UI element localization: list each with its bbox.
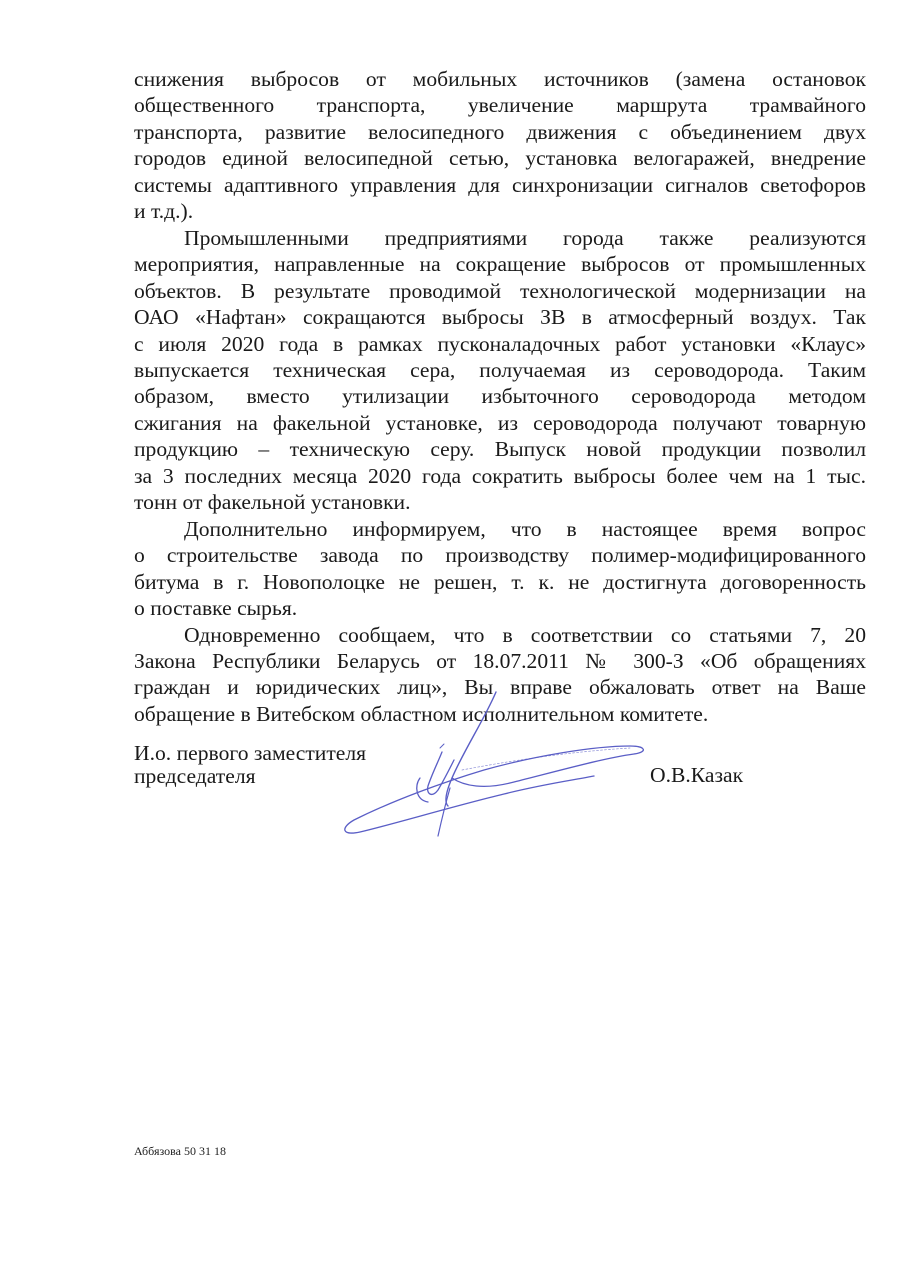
signatory-title-line-2: председателя — [134, 765, 366, 788]
text-line: Одновременно сообщаем, что в соответстви… — [134, 622, 866, 648]
text-line: городов единой велосипедной сетью, устан… — [134, 145, 866, 171]
text-line: Промышленными предприятиями города также… — [134, 225, 866, 251]
text-line: системы адаптивного управления для синхр… — [134, 172, 866, 198]
text-line: сжигания на факельной установке, из серо… — [134, 410, 866, 436]
signature-block: И.о. первого заместителя председателя О.… — [134, 742, 866, 862]
text-line: образом, вместо утилизации избыточного с… — [134, 383, 866, 409]
text-line: битума в г. Новополоцке не решен, т. к. … — [134, 569, 866, 595]
paragraph-transport-measures: снижения выбросов от мобильных источнико… — [134, 66, 866, 225]
handwritten-signature-icon — [334, 690, 664, 850]
text-line: о строительстве завода по производству п… — [134, 542, 866, 568]
letter-body: снижения выбросов от мобильных источнико… — [134, 66, 866, 727]
text-line: выпускается техническая сера, получаемая… — [134, 357, 866, 383]
text-line: Дополнительно информируем, что в настоящ… — [134, 516, 866, 542]
text-line: тонн от факельной установки. — [134, 489, 866, 515]
text-line: продукцию – техническую серу. Выпуск нов… — [134, 436, 866, 462]
paragraph-industrial-measures: Промышленными предприятиями города также… — [134, 225, 866, 516]
text-line: и т.д.). — [134, 198, 866, 224]
text-line: Закона Республики Беларусь от 18.07.2011… — [134, 648, 866, 674]
text-line: мероприятия, направленные на сокращение … — [134, 251, 866, 277]
executor-contact-note: Аббязова 50 31 18 — [134, 1144, 226, 1158]
text-line: о поставке сырья. — [134, 595, 866, 621]
document-page: снижения выбросов от мобильных источнико… — [0, 0, 906, 1280]
signatory-title-line-1: И.о. первого заместителя — [134, 742, 366, 765]
text-line: ОАО «Нафтан» сокращаются выбросы ЗВ в ат… — [134, 304, 866, 330]
text-line: с июля 2020 года в рамках пусконаладочны… — [134, 331, 866, 357]
text-line: транспорта, развитие велосипедного движе… — [134, 119, 866, 145]
signatory-title: И.о. первого заместителя председателя — [134, 742, 366, 787]
text-line: снижения выбросов от мобильных источнико… — [134, 66, 866, 92]
text-line: общественного транспорта, увеличение мар… — [134, 92, 866, 118]
text-line: за 3 последних месяца 2020 года сократит… — [134, 463, 866, 489]
text-line: объектов. В результате проводимой технол… — [134, 278, 866, 304]
paragraph-bitumen-plant: Дополнительно информируем, что в настоящ… — [134, 516, 866, 622]
signatory-name: О.В.Казак — [650, 764, 743, 787]
